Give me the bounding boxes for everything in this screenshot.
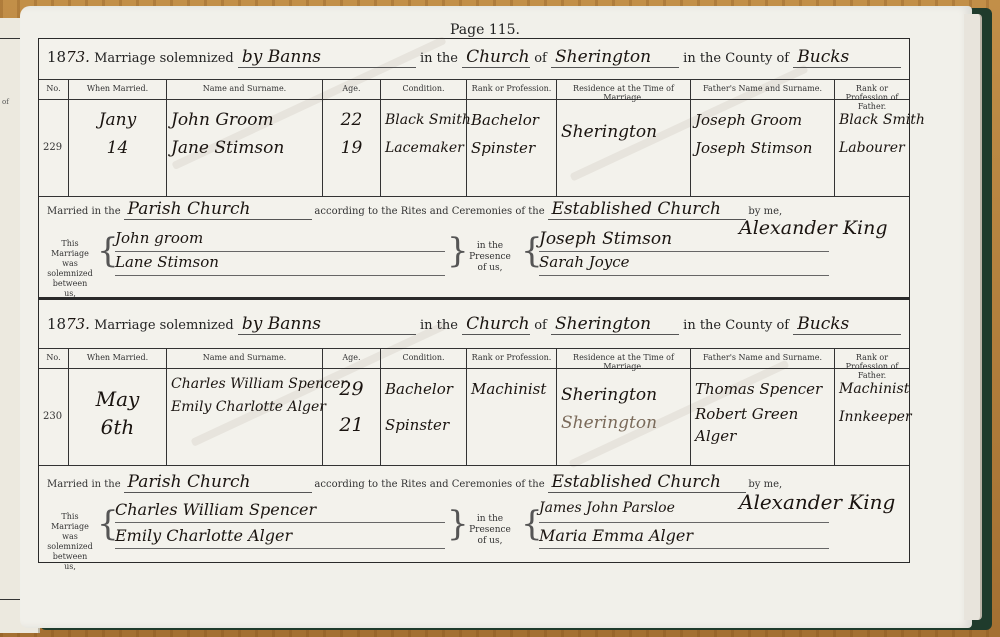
col-when-married: When Married. xyxy=(69,80,167,100)
col-father-name: Father's Name and Surname. xyxy=(691,80,835,100)
entry-number: 230 xyxy=(43,411,62,422)
bride-signature: Emily Charlotte Alger xyxy=(115,526,445,549)
married-in-value: Parish Church xyxy=(124,199,312,220)
register-page: Page 115. 1873. Marriage solemnized by B… xyxy=(20,6,972,628)
col-rank: Rank or Profession. xyxy=(467,80,557,100)
year-prefix: 18 xyxy=(47,315,66,333)
entry-header: 1873. Marriage solemnized by Banns in th… xyxy=(47,314,897,340)
label-marriage-solemnized: Marriage solemnized xyxy=(94,51,234,66)
witness-2-signature: Maria Emma Alger xyxy=(539,526,829,549)
label-in-the: in the xyxy=(420,51,458,66)
parish-value: Sherington xyxy=(551,314,679,335)
left-page-fragment: of xyxy=(2,98,9,106)
col-condition: Condition. xyxy=(381,80,467,100)
rites-value: Established Church xyxy=(548,472,746,493)
label-married-in: Married in the xyxy=(47,206,121,217)
label-according-to: according to the Rites and Ceremonies of… xyxy=(314,206,544,217)
bride-age: 19 xyxy=(327,134,376,162)
label-county: in the County of xyxy=(683,318,789,333)
groom-condition: Bachelor xyxy=(385,375,462,403)
bride-father: Robert Green Alger xyxy=(695,403,830,447)
county-value: Bucks xyxy=(793,47,901,68)
page-number: Page 115. xyxy=(450,22,520,38)
groom-signature: John groom xyxy=(115,229,445,252)
county-value: Bucks xyxy=(793,314,901,335)
when-month: Jany xyxy=(73,106,162,134)
groom-age: 22 xyxy=(327,106,376,134)
col-name: Name and Surname. xyxy=(167,80,323,100)
col-father-rank: Rank or Profession of Father. xyxy=(835,80,909,100)
witness-1-signature: James John Parsloe xyxy=(539,500,829,523)
married-in-line: Married in the Parish Church according t… xyxy=(47,472,782,493)
label-according-to: according to the Rites and Ceremonies of… xyxy=(314,479,544,490)
year-suffix: 73. xyxy=(66,48,90,66)
bride-father-rank: Innkeeper xyxy=(839,403,905,431)
bride-rank xyxy=(471,403,552,431)
label-county: in the County of xyxy=(683,51,789,66)
col-rank: Rank or Profession. xyxy=(467,349,557,369)
year-prefix: 18 xyxy=(47,48,66,66)
groom-name: John Groom xyxy=(171,106,318,134)
col-residence: Residence at the Time of Marriage. xyxy=(557,80,691,100)
solemnized-by-value: by Banns xyxy=(238,314,416,335)
label-marriage-solemnized: Marriage solemnized xyxy=(94,318,234,333)
groom-condition: Black Smith xyxy=(385,106,462,134)
year-suffix: 73. xyxy=(66,315,90,333)
when-month: May xyxy=(73,385,162,413)
col-residence: Residence at the Time of Marriage. xyxy=(557,349,691,369)
marriage-entry-229: 1873. Marriage solemnized by Banns in th… xyxy=(38,38,910,298)
bride-name: Emily Charlotte Alger xyxy=(171,393,318,419)
marriage-entry-230: 1873. Marriage solemnized by Banns in th… xyxy=(38,298,910,563)
rites-value: Established Church xyxy=(548,199,746,220)
groom-father-rank: Machinist xyxy=(839,375,905,403)
groom-rank: Machinist xyxy=(471,375,552,403)
bride-name: Jane Stimson xyxy=(171,134,318,162)
bride-father: Joseph Stimson xyxy=(695,134,830,162)
groom-father: Joseph Groom xyxy=(695,106,830,134)
bride-rank: Spinster xyxy=(471,134,552,162)
label-of: of xyxy=(534,318,547,333)
when-day: 6th xyxy=(73,413,162,441)
label-of: of xyxy=(534,51,547,66)
table-row: 229 Jany14 John GroomJane Stimson 2219 B… xyxy=(39,100,909,196)
groom-residence: Sherington xyxy=(561,381,686,409)
solemnized-by-value: by Banns xyxy=(238,47,416,68)
entry-number: 229 xyxy=(43,142,62,153)
groom-father: Thomas Spencer xyxy=(695,375,830,403)
married-in-value: Parish Church xyxy=(124,472,312,493)
label-presence: in the Presence of us, xyxy=(465,514,515,547)
bride-signature: Lane Stimson xyxy=(115,253,445,276)
entry-table: No. When Married. Name and Surname. Age.… xyxy=(39,348,909,466)
col-no: No. xyxy=(39,80,69,100)
residence: Sherington xyxy=(561,118,686,146)
groom-name: Charles William Spencer xyxy=(171,375,318,393)
groom-father-rank: Black Smith xyxy=(839,106,905,134)
bride-condition: Lacemaker xyxy=(385,134,462,162)
witness-2-signature: Sarah Joyce xyxy=(539,253,829,276)
label-married-in: Married in the xyxy=(47,479,121,490)
col-father-name: Father's Name and Surname. xyxy=(691,349,835,369)
label-by-me: by me, xyxy=(748,206,782,217)
label-this-marriage: This Marriage was solemnized between us, xyxy=(47,239,93,299)
page-edge xyxy=(964,14,982,620)
groom-rank: Bachelor xyxy=(471,106,552,134)
when-day: 14 xyxy=(73,134,162,162)
bride-residence: Sherington xyxy=(561,409,686,437)
col-when-married: When Married. xyxy=(69,349,167,369)
col-father-rank: Rank or Profession of Father. xyxy=(835,349,909,369)
table-row: 230 May6th Charles William SpencerEmily … xyxy=(39,369,909,465)
col-condition: Condition. xyxy=(381,349,467,369)
witness-1-signature: Joseph Stimson xyxy=(539,229,829,252)
bride-age: 21 xyxy=(327,411,376,439)
place-type-value: Church xyxy=(462,47,530,68)
col-no: No. xyxy=(39,349,69,369)
bride-father-rank: Labourer xyxy=(839,134,905,162)
col-age: Age. xyxy=(323,80,381,100)
label-presence: in the Presence of us, xyxy=(465,241,515,274)
entry-table: No. When Married. Name and Surname. Age.… xyxy=(39,79,909,197)
col-age: Age. xyxy=(323,349,381,369)
entry-header: 1873. Marriage solemnized by Banns in th… xyxy=(47,47,897,73)
column-headers: No. When Married. Name and Surname. Age.… xyxy=(39,349,909,369)
parish-value: Sherington xyxy=(551,47,679,68)
groom-signature: Charles William Spencer xyxy=(115,500,445,523)
place-type-value: Church xyxy=(462,314,530,335)
groom-age: 29 xyxy=(327,375,376,403)
label-in-the: in the xyxy=(420,318,458,333)
column-headers: No. When Married. Name and Surname. Age.… xyxy=(39,80,909,100)
bride-condition: Spinster xyxy=(385,411,462,439)
label-by-me: by me, xyxy=(748,479,782,490)
married-in-line: Married in the Parish Church according t… xyxy=(47,199,782,220)
label-this-marriage: This Marriage was solemnized between us, xyxy=(47,512,93,572)
col-name: Name and Surname. xyxy=(167,349,323,369)
